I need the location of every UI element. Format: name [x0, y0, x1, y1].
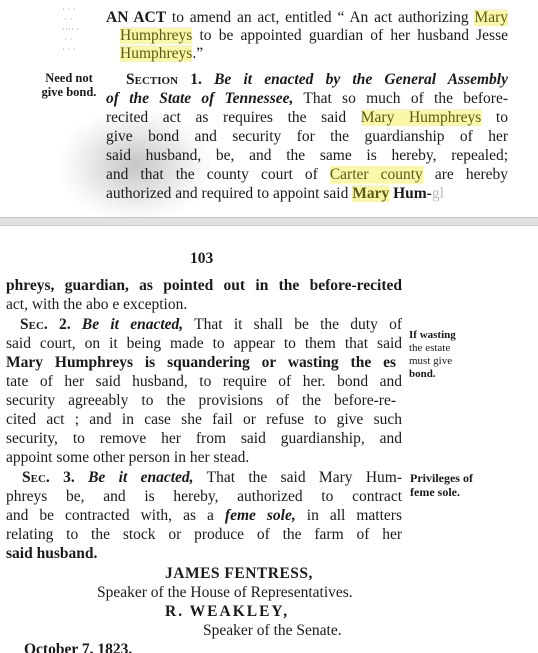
- act-title-line-2: Humphreys to be appointed guardian of he…: [120, 26, 508, 45]
- scan-specks: · · · · ····· · · ·· · ·: [62, 4, 92, 64]
- continuation-line-2: act, with the abo e exception.: [6, 295, 187, 314]
- top-page-fragment: · · · · ····· · · ·· · · AN ACT to amend…: [0, 0, 538, 217]
- section1-line-2: of the State of Tennessee, That so much …: [106, 89, 508, 108]
- section2-line-6: cited act ; and in case she fail or refu…: [6, 410, 402, 429]
- search-highlight: Mary Humphreys: [361, 109, 482, 126]
- act-title-line-3: Humphreys.”: [120, 44, 203, 63]
- signature-name-weakley: R. WEAKLEY,: [165, 602, 289, 621]
- section1-line-7: authorized and required to appoint said …: [106, 184, 444, 203]
- page-divider: [0, 217, 538, 226]
- section1-line-5: said husband, be, and the same is hereby…: [106, 146, 508, 165]
- section1-line-1: Section 1. Be it enacted by the General …: [126, 70, 508, 89]
- section1-line-6: and that the county court of Carter coun…: [106, 165, 508, 184]
- signature-title-house: Speaker of the House of Representatives.: [97, 583, 353, 602]
- margin-note-privileges: Privileges of feme sole.: [410, 471, 473, 499]
- continuation-line-1: phreys, guardian, as pointed out in the …: [6, 276, 402, 295]
- section1-line-4: give bond and security for the guardians…: [106, 127, 508, 146]
- section3-line-3: and be contracted with, as a feme sole, …: [6, 506, 402, 525]
- section2-line-3: Mary Humphreys is squandering or wasting…: [6, 353, 396, 372]
- act-title-line-1: AN ACT to amend an act, entitled “ An ac…: [106, 8, 508, 27]
- search-highlight: Humphreys: [120, 27, 192, 44]
- margin-note-need-not-give-bond: Need not give bond.: [40, 71, 98, 99]
- search-highlight: Mary: [474, 9, 508, 26]
- section2-line-1: Sec. 2. Be it enacted, That it shall be …: [20, 315, 402, 334]
- search-highlight: Mary: [352, 185, 389, 202]
- margin-note-if-wasting: If wasting the estate must give bond.: [409, 329, 456, 381]
- section2-line-5: security agreeably to the provisions of …: [6, 391, 396, 410]
- signature-title-senate: Speaker of the Senate.: [203, 621, 342, 640]
- page-103: 103 phreys, guardian, as pointed out in …: [0, 226, 538, 653]
- section3-line-2: phreys be, and is hereby, authorized to …: [6, 487, 402, 506]
- section3-line-4: relating to the stock or produce of the …: [6, 525, 402, 544]
- section2-line-2: said court, on it being made to appear t…: [6, 334, 402, 353]
- search-highlight: Carter county: [330, 166, 423, 183]
- section2-line-4: tate of her said husband, to require of …: [6, 372, 402, 391]
- search-highlight: Humphreys: [120, 45, 192, 62]
- signature-name-fentress: JAMES FENTRESS,: [165, 564, 313, 583]
- enactment-date: October 7, 1823.: [24, 640, 132, 653]
- page-number: 103: [190, 249, 213, 268]
- section2-line-8: appoint some other person in her stead.: [6, 448, 249, 467]
- section2-line-7: security, to remove her from said guardi…: [6, 429, 402, 448]
- section1-line-3: recited act as requires the said Mary Hu…: [106, 108, 508, 127]
- section3-line-5: said husband.: [6, 544, 97, 563]
- watermark-fragment: gl: [432, 185, 444, 202]
- section3-line-1: Sec. 3. Be it enacted, That the said Mar…: [22, 468, 402, 487]
